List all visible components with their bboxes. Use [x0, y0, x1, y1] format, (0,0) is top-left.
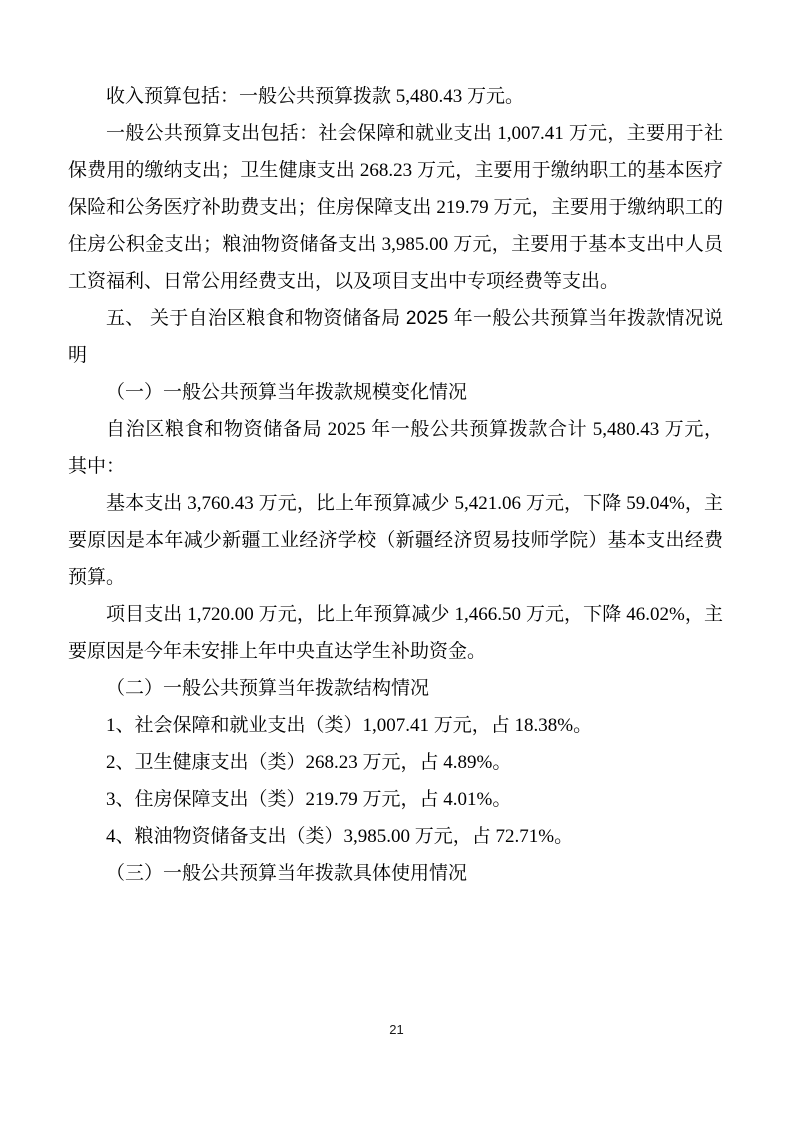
- heading-subsection-two: （二）一般公共预算当年拨款结构情况: [68, 670, 723, 707]
- heading-section-five: 五、 关于自治区粮食和物资储备局 2025 年一般公共预算当年拨款情况说明: [68, 300, 723, 374]
- list-item-housing: 3、住房保障支出（类）219.79 万元，占 4.01%。: [68, 781, 723, 818]
- page-number: 21: [0, 1022, 793, 1037]
- paragraph-total-allocation: 自治区粮食和物资储备局 2025 年一般公共预算拨款合计 5,480.43 万元…: [68, 411, 723, 485]
- heading-subsection-one: （一）一般公共预算当年拨款规模变化情况: [68, 374, 723, 411]
- paragraph-expenditure-breakdown: 一般公共预算支出包括：社会保障和就业支出 1,007.41 万元，主要用于社保费…: [68, 115, 723, 300]
- list-item-health: 2、卫生健康支出（类）268.23 万元，占 4.89%。: [68, 744, 723, 781]
- paragraph-basic-expenditure: 基本支出 3,760.43 万元，比上年预算减少 5,421.06 万元，下降 …: [68, 485, 723, 596]
- list-item-grain-reserve: 4、粮油物资储备支出（类）3,985.00 万元，占 72.71%。: [68, 818, 723, 855]
- heading-subsection-three: （三）一般公共预算当年拨款具体使用情况: [68, 855, 723, 892]
- paragraph-income-budget: 收入预算包括：一般公共预算拨款 5,480.43 万元。: [68, 78, 723, 115]
- list-item-social-security: 1、社会保障和就业支出（类）1,007.41 万元，占 18.38%。: [68, 707, 723, 744]
- paragraph-project-expenditure: 项目支出 1,720.00 万元，比上年预算减少 1,466.50 万元，下降 …: [68, 596, 723, 670]
- document-page: 收入预算包括：一般公共预算拨款 5,480.43 万元。 一般公共预算支出包括：…: [0, 0, 793, 1122]
